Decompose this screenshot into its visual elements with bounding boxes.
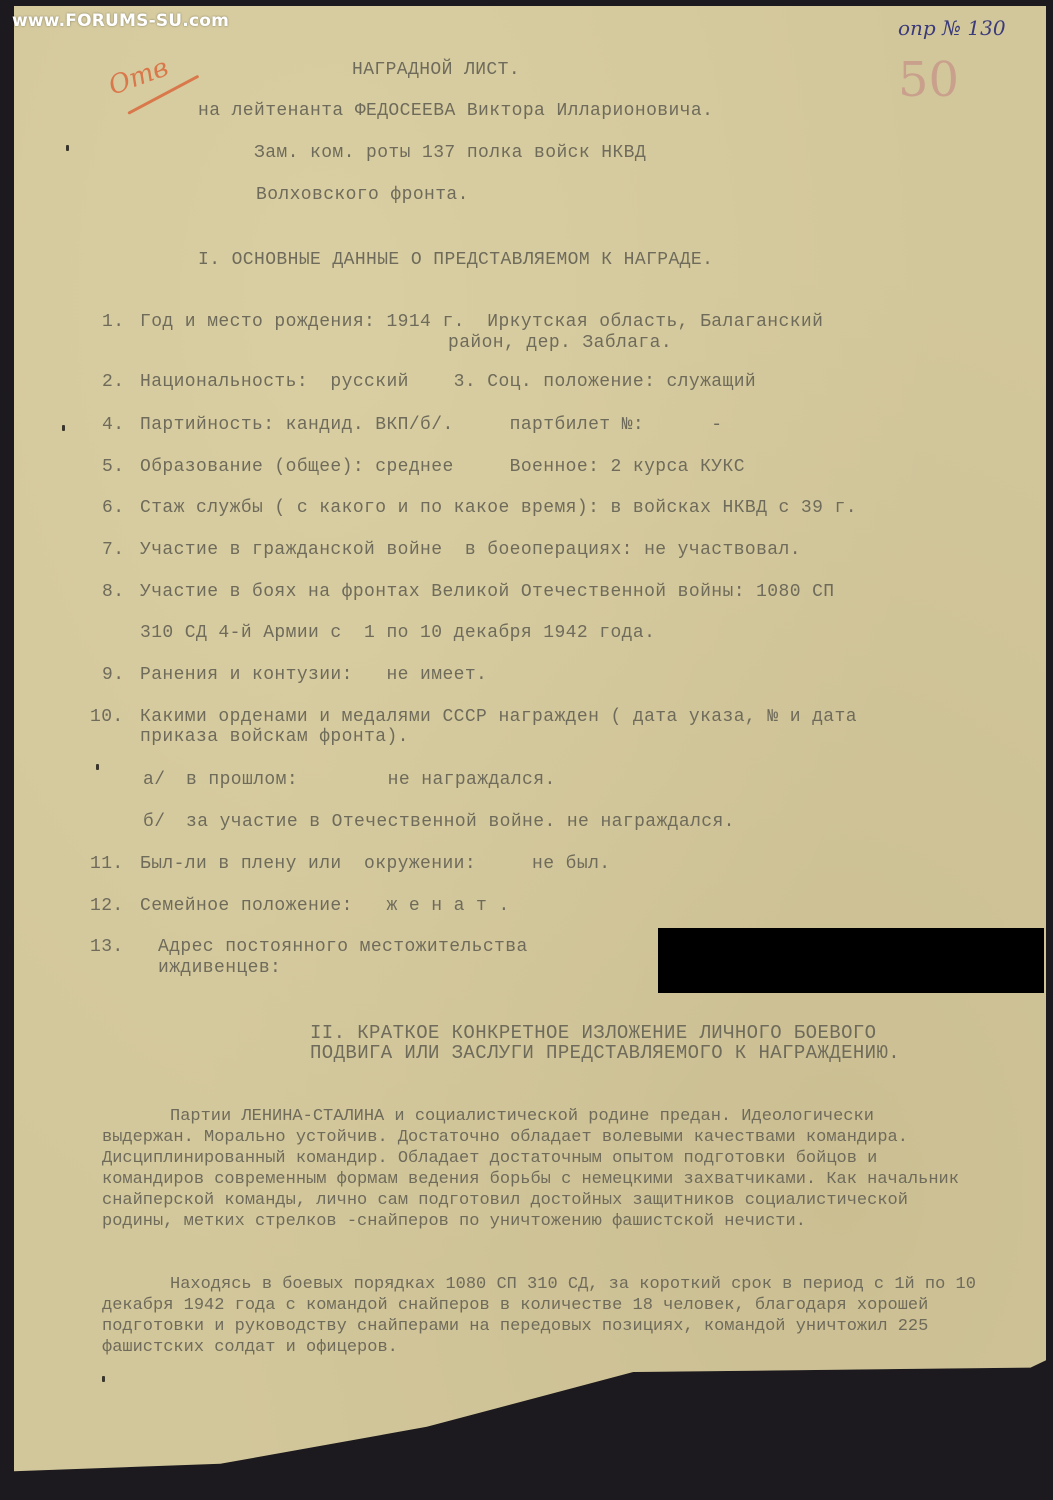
item-number: 10. bbox=[90, 707, 124, 727]
item-number: 9. bbox=[102, 665, 124, 685]
section2-title-line1: II. КРАТКОЕ КОНКРЕТНОЕ ИЗЛОЖЕНИЕ ЛИЧНОГО… bbox=[310, 1022, 877, 1044]
section1-title: I. ОСНОВНЫЕ ДАННЫЕ О ПРЕДСТАВЛЯЕМОМ К НА… bbox=[198, 250, 713, 270]
item-number: 12. bbox=[90, 896, 124, 916]
item-number: 4. bbox=[102, 415, 124, 435]
section2-paragraph-2: Находясь в боевых порядках 1080 СП 310 С… bbox=[102, 1274, 1017, 1358]
handwritten-number: 50 bbox=[898, 52, 959, 108]
item-text: Партийность: кандид. ВКП/б/. партбилет №… bbox=[140, 415, 723, 435]
item-text: Адрес постоянного местожительства bbox=[158, 937, 528, 957]
margin-mark bbox=[96, 764, 99, 770]
margin-mark bbox=[62, 425, 65, 431]
item-text: Участие в боях на фронтах Великой Отечес… bbox=[140, 582, 835, 602]
item-text: Был-ли в плену или окружении: не был. bbox=[140, 854, 610, 874]
header-position: Зам. ком. роты 137 полка войск НКВД bbox=[254, 143, 646, 163]
item-text: Семейное положение: ж е н а т . bbox=[140, 896, 510, 916]
margin-mark bbox=[102, 1376, 105, 1382]
item-number: 6. bbox=[102, 498, 124, 518]
item-text: Стаж службы ( с какого и по какое время)… bbox=[140, 498, 857, 518]
item-continuation: 310 СД 4-й Армии с 1 по 10 декабря 1942 … bbox=[140, 623, 655, 643]
handwritten-archive-ref: опр № 130 bbox=[898, 16, 1006, 40]
item-number: 13. bbox=[90, 937, 124, 957]
item-text: Какими орденами и медалями СССР награжде… bbox=[140, 707, 857, 727]
item-number: 11. bbox=[90, 854, 124, 874]
item-number: 2. bbox=[102, 372, 124, 392]
item-text: Национальность: русский 3. Соц. положени… bbox=[140, 372, 756, 392]
item-number: 5. bbox=[102, 457, 124, 477]
item-number: 8. bbox=[102, 582, 124, 602]
header-front: Волховского фронта. bbox=[256, 185, 469, 205]
scanned-document: www.FORUMS-SU.com опр № 130 Отв 50 НАГРА… bbox=[0, 0, 1053, 1500]
item-text: в прошлом: не награждался. bbox=[186, 770, 556, 790]
section2-paragraph-1: Партии ЛЕНИНА-СТАЛИНА и социалистической… bbox=[102, 1106, 972, 1232]
item-text: Образование (общее): среднее Военное: 2 … bbox=[140, 457, 745, 477]
watermark: www.FORUMS-SU.com bbox=[12, 11, 229, 31]
item-text: за участие в Отечественной войне. не наг… bbox=[186, 812, 735, 832]
item-number: 1. bbox=[102, 312, 124, 332]
redaction-block bbox=[658, 928, 1044, 993]
item-number: а/ bbox=[143, 770, 165, 790]
item-text: Участие в гражданской войне в боеопераци… bbox=[140, 540, 801, 560]
item-text: Год и место рождения: 1914 г. Иркутская … bbox=[140, 312, 823, 332]
document-title: НАГРАДНОЙ ЛИСТ. bbox=[352, 60, 520, 80]
item-continuation: район, дер. Заблага. bbox=[448, 333, 672, 353]
item-text: Ранения и контузии: не имеет. bbox=[140, 665, 487, 685]
item-number: б/ bbox=[143, 812, 165, 832]
hole-punch-mark bbox=[66, 145, 69, 151]
item-continuation: приказа войскам фронта). bbox=[140, 727, 409, 747]
section2-title-line2: ПОДВИГА ИЛИ ЗАСЛУГИ ПРЕДСТАВЛЯЕМОГО К НА… bbox=[310, 1042, 900, 1064]
header-recipient: на лейтенанта ФЕДОСЕЕВА Виктора Илларион… bbox=[198, 101, 713, 121]
item-number: 7. bbox=[102, 540, 124, 560]
item-continuation: иждивенцев: bbox=[158, 958, 281, 978]
